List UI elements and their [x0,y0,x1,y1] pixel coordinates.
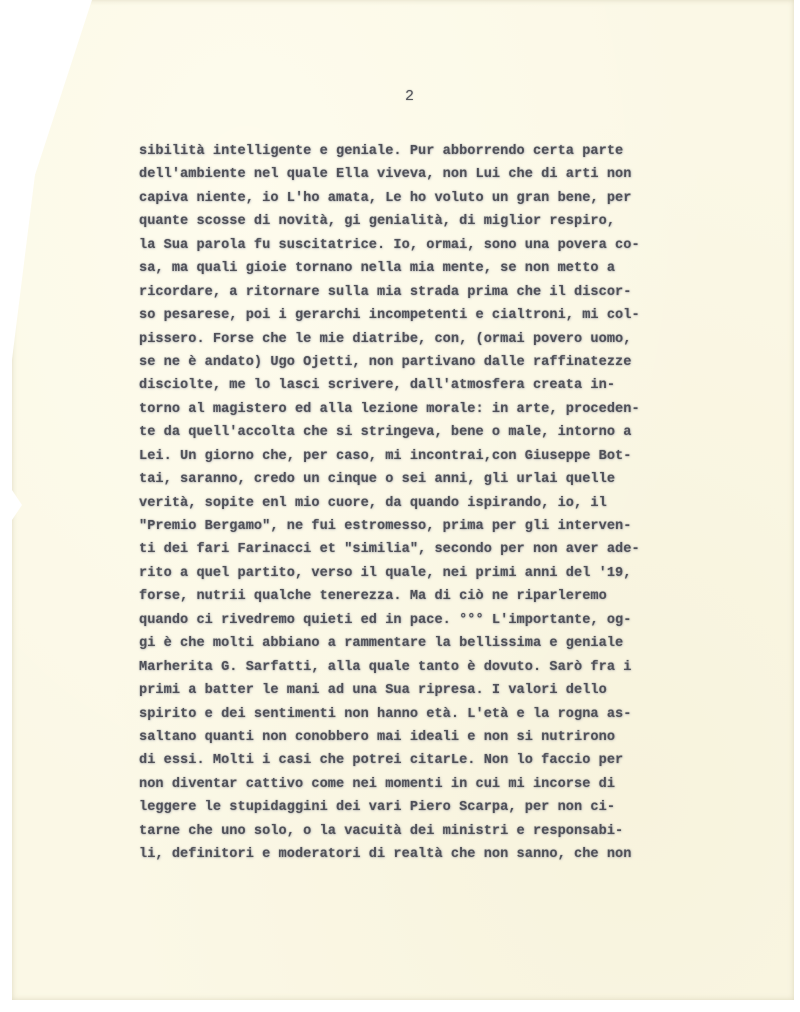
text-line: capiva niente, io L'ho amata, Le ho volu… [139,187,719,210]
typewritten-body: sibilità intelligente e geniale. Pur abb… [139,140,719,867]
text-line: sibilità intelligente e geniale. Pur abb… [139,140,719,163]
text-line: di essi. Molti i casi che potrei citarLe… [139,749,719,772]
text-line: torno al magistero ed alla lezione moral… [139,398,719,421]
text-line: forse, nutrii qualche tenerezza. Ma di c… [139,585,719,608]
text-line: non diventar cattivo come nei momenti in… [139,773,719,796]
text-line: tai, saranno, credo un cinque o sei anni… [139,468,719,491]
text-line: disciolte, me lo lasci scrivere, dall'at… [139,374,719,397]
text-line: la Sua parola fu suscitatrice. Io, ormai… [139,234,719,257]
text-line: gi è che molti abbiano a rammentare la b… [139,632,719,655]
text-line: ti dei fari Farinacci et "similia", seco… [139,538,719,561]
text-line: leggere le stupidaggini dei vari Piero S… [139,796,719,819]
text-line: pissero. Forse che le mie diatribe, con,… [139,328,719,351]
text-line: verità, sopite enl mio cuore, da quando … [139,492,719,515]
text-line: rito a quel partito, verso il quale, nei… [139,562,719,585]
text-line: primi a batter le mani ad una Sua ripres… [139,679,719,702]
scanned-page: 2 sibilità intelligente e geniale. Pur a… [0,0,800,1012]
text-line: saltano quanti non conobbero mai ideali … [139,726,719,749]
text-line: tarne che uno solo, o la vacuità dei min… [139,820,719,843]
text-line: so pesarese, poi i gerarchi incompetenti… [139,304,719,327]
text-line: ricordare, a ritornare sulla mia strada … [139,281,719,304]
text-line: Lei. Un giorno che, per caso, mi incontr… [139,445,719,468]
text-line: sa, ma quali gioie tornano nella mia men… [139,257,719,280]
page-number: 2 [405,88,414,105]
text-line: spirito e dei sentimenti non hanno età. … [139,703,719,726]
text-line: li, definitori e moderatori di realtà ch… [139,843,719,866]
text-line: "Premio Bergamo", ne fui estromesso, pri… [139,515,719,538]
text-line: quante scosse di novità, gi genialità, d… [139,210,719,233]
text-line: dell'ambiente nel quale Ella viveva, non… [139,163,719,186]
text-line: quando ci rivedremo quieti ed in pace. °… [139,609,719,632]
text-line: se ne è andato) Ugo Ojetti, non partivan… [139,351,719,374]
text-line: te da quell'accolta che si stringeva, be… [139,421,719,444]
text-line: Marherita G. Sarfatti, alla quale tanto … [139,656,719,679]
